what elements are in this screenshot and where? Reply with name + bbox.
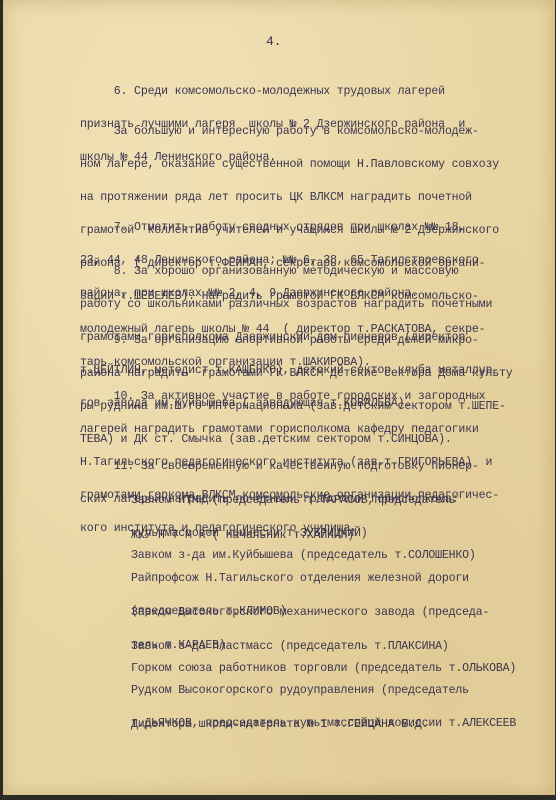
text-line: лагерей наградить грамотами горисполкома…	[80, 424, 499, 435]
text-line: 7. Отметить работу сводных отрядов при ш…	[80, 222, 479, 233]
document-page: 4. 6. Среди комсомольско-молодежных труд…	[3, 0, 555, 795]
text-line: 6. Среди комсомольско-молодежных трудовы…	[80, 86, 465, 97]
award-item: Директора школы-интерната № 1 т.ГЕЙЦАНА …	[131, 697, 428, 752]
text-line: 8. За хорошо организованную методическую…	[80, 266, 499, 277]
text-line: 9. За организацию спортивной работы сред…	[80, 335, 512, 346]
text-line: Райпрофсож Н.Тагильского отделения желез…	[131, 573, 469, 584]
text-line: 11. За своевременную и качественную подг…	[80, 461, 479, 472]
text-line: За большую и интересную работу в комсомо…	[80, 126, 499, 137]
page-number: 4.	[266, 36, 281, 47]
text-line: Завком НТМК (председатель т.ТАРАСОВ,пред…	[131, 495, 455, 506]
text-line: Завком Высокогорского механического заво…	[131, 607, 489, 618]
text-line: ном лагере, оказание существенной помощи…	[80, 159, 499, 170]
text-line: 10. За активное участие в работе городск…	[80, 391, 499, 402]
text-line: Директора школы-интерната № 1 т.ГЕЙЦАНА …	[131, 719, 428, 730]
text-line: Рудком Высокогорского рудоуправления (пр…	[131, 685, 516, 696]
text-line: работу со школьниками различных возрасто…	[80, 299, 499, 310]
